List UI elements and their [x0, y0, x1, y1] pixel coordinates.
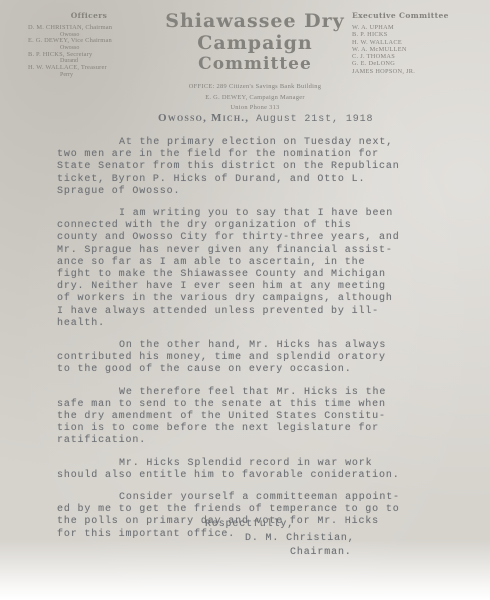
committee-title-line2: Committee	[118, 54, 392, 74]
paper-background: Officers D. M. CHRISTIAN, ChairmanOwosso…	[0, 0, 490, 600]
letter-body: At the primary election on Tuesday next,…	[57, 137, 449, 551]
masthead: Shiawassee Dry Campaign Committee OFFICE…	[118, 10, 392, 114]
executive-member: G. E. DeLONG	[352, 60, 464, 67]
body-line: ance so far as I am able to ascertain, i…	[57, 257, 449, 269]
executive-member: W. A. McMULLEN	[352, 46, 464, 53]
paragraph: I am writing you to say that I have been…	[57, 208, 449, 330]
closing-respectfully: Respectfully,	[57, 518, 449, 532]
body-line: Mr. Hicks Splendid record in war work	[57, 458, 449, 470]
paragraph: On the other hand, Mr. Hicks has alwaysc…	[57, 340, 449, 377]
body-line: of workers in the various dry campaigns,…	[57, 293, 449, 305]
body-line: At the primary election on Tuesday next,	[57, 137, 449, 149]
body-line: ticket, Byron P. Hicks of Durand, and Ot…	[57, 174, 449, 186]
executive-committee-block: Executive Committee W. A. UPHAMB. P. HIC…	[352, 11, 464, 75]
executive-member: B. P. HICKS	[352, 31, 464, 38]
executive-member: C. J. THOMAS	[352, 53, 464, 60]
dateline-date: August 21st, 1918	[249, 114, 373, 125]
executive-member: H. W. WALLACE	[352, 39, 464, 46]
body-line: health.	[57, 318, 449, 330]
paragraph: We therefore feel that Mr. Hicks is thes…	[57, 387, 449, 448]
executive-list: W. A. UPHAMB. P. HICKSH. W. WALLACEW. A.…	[352, 24, 464, 75]
body-line: fight to make the Shiawassee County and …	[57, 269, 449, 281]
body-line: dry. Neither have I ever seen him at any…	[57, 281, 449, 293]
body-line: contributed his money, time and splendid…	[57, 352, 449, 364]
body-line: Mr. Sprague has never given any financia…	[57, 245, 449, 257]
body-line: connected with the dry organization of t…	[57, 220, 449, 232]
dateline-place: Owosso, Mich.,	[158, 112, 249, 124]
body-line: ed by me to get the friends of temperanc…	[57, 504, 449, 516]
executive-member: JAMES HOPSON, JR.	[352, 68, 464, 75]
body-line: State Senator from this district on the …	[57, 161, 449, 173]
body-line: On the other hand, Mr. Hicks has always	[57, 340, 449, 352]
scanned-letter-page: Officers D. M. CHRISTIAN, ChairmanOwosso…	[0, 0, 490, 600]
body-line: two men are in the field for the nominat…	[57, 149, 449, 161]
office-info-line: E. G. DEWEY, Campaign Manager	[118, 93, 392, 104]
paragraph: At the primary election on Tuesday next,…	[57, 137, 449, 198]
committee-title-line1: Shiawassee Dry Campaign	[118, 10, 392, 54]
body-line: Consider yourself a committeeman appoint…	[57, 492, 449, 504]
body-line: to the good of the cause on every occasi…	[57, 364, 449, 376]
paragraph: Mr. Hicks Splendid record in war worksho…	[57, 458, 449, 482]
closing-block: Respectfully, D. M. Christian, Chairman.	[57, 518, 449, 560]
body-line: We therefore feel that Mr. Hicks is the	[57, 387, 449, 399]
body-line: Sprague of Owosso.	[57, 186, 449, 198]
body-line: ratification.	[57, 435, 449, 447]
body-line: county and Owosso City for thirty-three …	[57, 232, 449, 244]
body-line: I have always attended unless prevented …	[57, 306, 449, 318]
executive-heading: Executive Committee	[352, 11, 464, 20]
body-line: safe man to send to the senate at this t…	[57, 399, 449, 411]
signature-name: D. M. Christian,	[57, 532, 449, 546]
office-info-line: OFFICE: 289 Citizen's Savings Bank Build…	[118, 82, 392, 93]
body-line: should also entitle him to favorable con…	[57, 470, 449, 482]
body-line: I am writing you to say that I have been	[57, 208, 449, 220]
body-line: the dry amendment of the United States C…	[57, 411, 449, 423]
dateline: Owosso, Mich., August 21st, 1918	[158, 108, 373, 126]
body-line: tion is to come before the next legislat…	[57, 423, 449, 435]
signature-title: Chairman.	[57, 546, 449, 560]
executive-member: W. A. UPHAM	[352, 24, 464, 31]
